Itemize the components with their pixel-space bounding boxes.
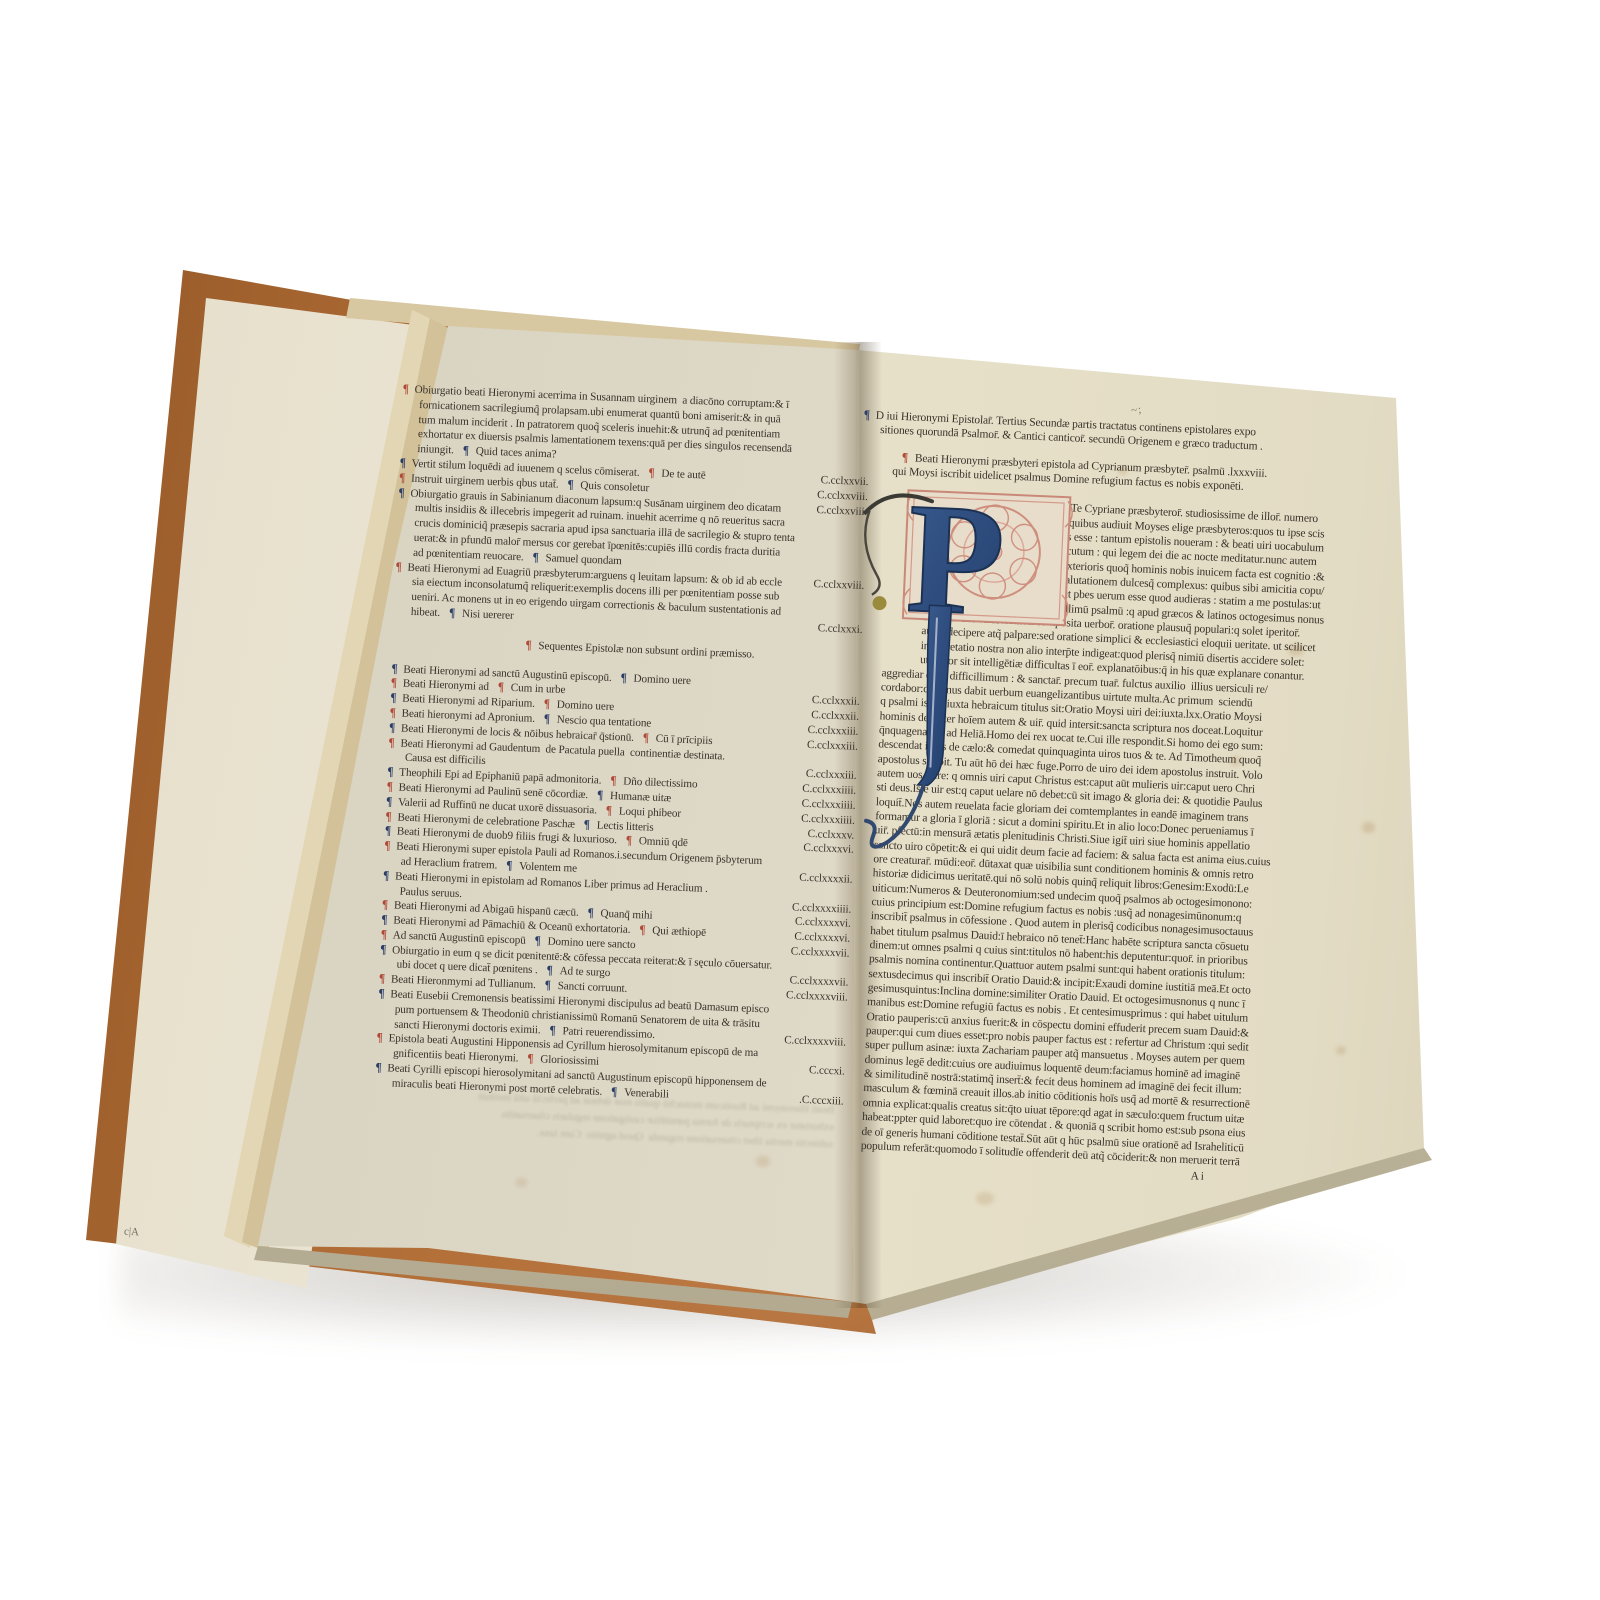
blue-pilcrow-icon: ¶ <box>532 550 539 567</box>
illuminated-initial-artwork: P <box>841 482 1089 912</box>
foxing-spot <box>1362 822 1375 833</box>
blue-pilcrow-icon: ¶ <box>383 868 390 885</box>
blue-pilcrow-icon: ¶ <box>534 933 541 950</box>
red-pilcrow-icon: ¶ <box>525 637 532 654</box>
line-text: Nisi uererer <box>462 607 514 624</box>
red-pilcrow-icon: ¶ <box>643 730 650 747</box>
line-text: Qui æthiopē <box>652 924 706 941</box>
red-pilcrow-icon: ¶ <box>606 803 613 820</box>
red-pilcrow-icon: ¶ <box>639 922 646 939</box>
blue-pilcrow-icon: ¶ <box>863 407 870 423</box>
blue-pilcrow-icon: ¶ <box>380 942 387 959</box>
left-page-table-of-epistles: ¶Obiurgatio beati Hieronymi acerrima in … <box>392 383 872 1109</box>
line-text: hibeat. <box>410 605 440 621</box>
gold-dot <box>872 596 887 611</box>
blue-pilcrow-icon: ¶ <box>583 817 590 834</box>
blue-pilcrow-icon: ¶ <box>378 986 385 1003</box>
blue-pilcrow-icon: ¶ <box>449 605 456 622</box>
blue-pilcrow-icon: ¶ <box>462 443 469 460</box>
red-pilcrow-icon: ¶ <box>648 465 655 482</box>
blue-pilcrow-icon: ¶ <box>544 978 551 995</box>
line-text: iniungit. <box>417 442 454 458</box>
folio-reference: C.cclxxxxvii. <box>784 944 849 961</box>
blue-pilcrow-icon: ¶ <box>375 1060 382 1077</box>
foxing-spot <box>1336 1046 1346 1055</box>
folio-reference: C.cclxxxxviii. <box>778 1033 846 1051</box>
blue-pilcrow-icon: ¶ <box>567 477 574 494</box>
foxing-spot <box>756 1156 770 1167</box>
blue-pilcrow-icon: ¶ <box>398 485 405 502</box>
photograph-of-open-incunabulum: c|A ¶Obiurgatio beati Hieronymi acerrima… <box>0 0 1600 1600</box>
folio-reference: C.cclxxxxviii. <box>780 988 848 1006</box>
initial-letter-glyph: P <box>904 482 1008 649</box>
blue-pilcrow-icon: ¶ <box>549 1023 556 1040</box>
blue-pilcrow-icon: ¶ <box>389 720 396 737</box>
right-page-text-column: ~; ¶D iui Hieronymi Epistolar̄. Tertius … <box>848 409 1355 1188</box>
red-pilcrow-icon: ¶ <box>497 680 504 697</box>
pencil-shelfmark: c|A <box>124 1226 140 1239</box>
red-pilcrow-icon: ¶ <box>402 381 409 398</box>
red-pilcrow-icon: ¶ <box>388 735 395 752</box>
line-text: De te autē <box>661 467 706 484</box>
blue-pilcrow-icon: ¶ <box>597 787 604 804</box>
blue-pilcrow-icon: ¶ <box>386 794 393 811</box>
foxing-spot <box>976 1192 994 1205</box>
text-line: ¶Sequentes Epistolæ non subsunt ordini p… <box>409 634 861 667</box>
left-flourish <box>863 510 883 595</box>
ink-annotation-mark: ~; <box>1130 403 1142 416</box>
red-pilcrow-icon: ¶ <box>395 559 402 576</box>
blue-pilcrow-icon: ¶ <box>620 670 627 687</box>
tail-flourish <box>865 783 924 849</box>
red-pilcrow-icon: ¶ <box>902 450 909 466</box>
blue-pilcrow-icon: ¶ <box>506 858 513 875</box>
red-pilcrow-icon: ¶ <box>626 833 633 850</box>
folio-reference: C.cccxi. <box>803 1063 845 1079</box>
blue-pilcrow-icon: ¶ <box>587 906 594 923</box>
red-pilcrow-icon: ¶ <box>610 773 617 790</box>
red-pilcrow-icon: ¶ <box>384 838 391 855</box>
foxing-spot <box>516 1178 527 1187</box>
line-text: Domino uere <box>633 671 691 688</box>
red-pilcrow-icon: ¶ <box>527 1051 534 1068</box>
line-text: Sequentes Epistolæ non subsunt ordini pr… <box>538 639 755 662</box>
blue-pilcrow-icon: ¶ <box>544 711 551 728</box>
illuminated-initial-P: P <box>841 482 1089 912</box>
red-pilcrow-icon: ¶ <box>376 1030 383 1047</box>
